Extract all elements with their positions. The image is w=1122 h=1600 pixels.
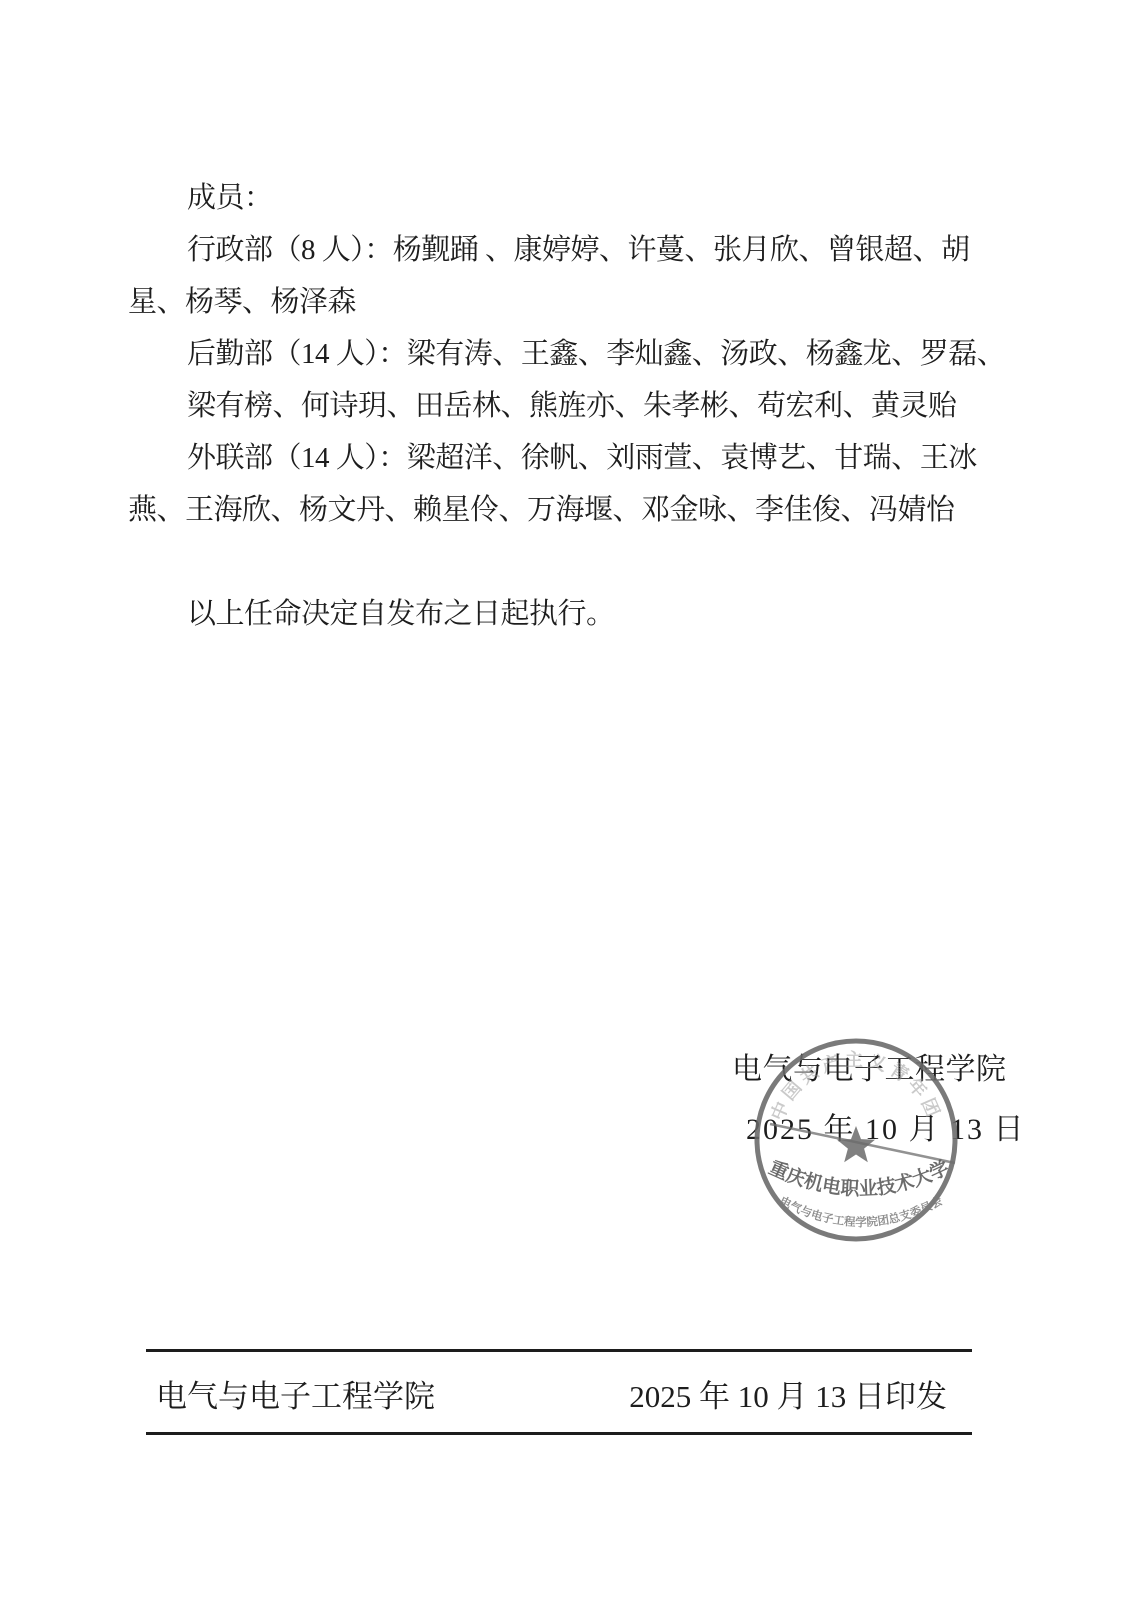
footer-issuer: 电气与电子工程学院	[156, 1371, 435, 1423]
document-line: 星、杨琴、杨泽森	[128, 276, 1008, 328]
footer-print-date: 2025 年 10 月 13 日印发	[629, 1371, 947, 1423]
document-line: 成员：	[128, 172, 1008, 224]
document-line: 燕、王海欣、杨文丹、赖星伶、万海堰、邓金咏、李佳俊、冯婧怡	[128, 484, 1008, 536]
footer-row: 电气与电子工程学院 2025 年 10 月 13 日印发	[146, 1371, 972, 1423]
document-line: 梁有榜、何诗玥、田岳林、熊旌亦、朱孝彬、苟宏利、黄灵贻	[128, 380, 1008, 432]
document-line: 后勤部（14 人）：梁有涛、王鑫、李灿鑫、汤政、杨鑫龙、罗磊、	[128, 328, 1008, 380]
official-document-page: 成员：行政部（8 人）：杨觐踊 、康婷婷、许蔓、张月欣、曾银超、胡星、杨琴、杨泽…	[0, 0, 1122, 1600]
document-body: 成员：行政部（8 人）：杨觐踊 、康婷婷、许蔓、张月欣、曾银超、胡星、杨琴、杨泽…	[128, 172, 1008, 640]
footer-rule-top	[146, 1349, 972, 1352]
document-line: 以上任命决定自发布之日起执行。	[128, 588, 1008, 640]
seal-bottom-arc-text: 电气与电子工程学院团总支委员会	[777, 1193, 945, 1229]
seal-middle-arc-text: 重庆机电职业技术大学	[766, 1156, 953, 1201]
document-line-blank	[128, 536, 1008, 588]
document-line: 外联部（14 人）：梁超洋、徐帆、刘雨萱、袁博艺、甘瑞、王冰	[128, 432, 1008, 484]
document-line: 行政部（8 人）：杨觐踊 、康婷婷、许蔓、张月欣、曾银超、胡	[128, 224, 1008, 276]
signature-date: 2025 年 10 月 13 日	[746, 1104, 1026, 1148]
footer-rule-bottom	[146, 1432, 972, 1435]
signature-organization: 电气与电子工程学院	[732, 1044, 1007, 1088]
